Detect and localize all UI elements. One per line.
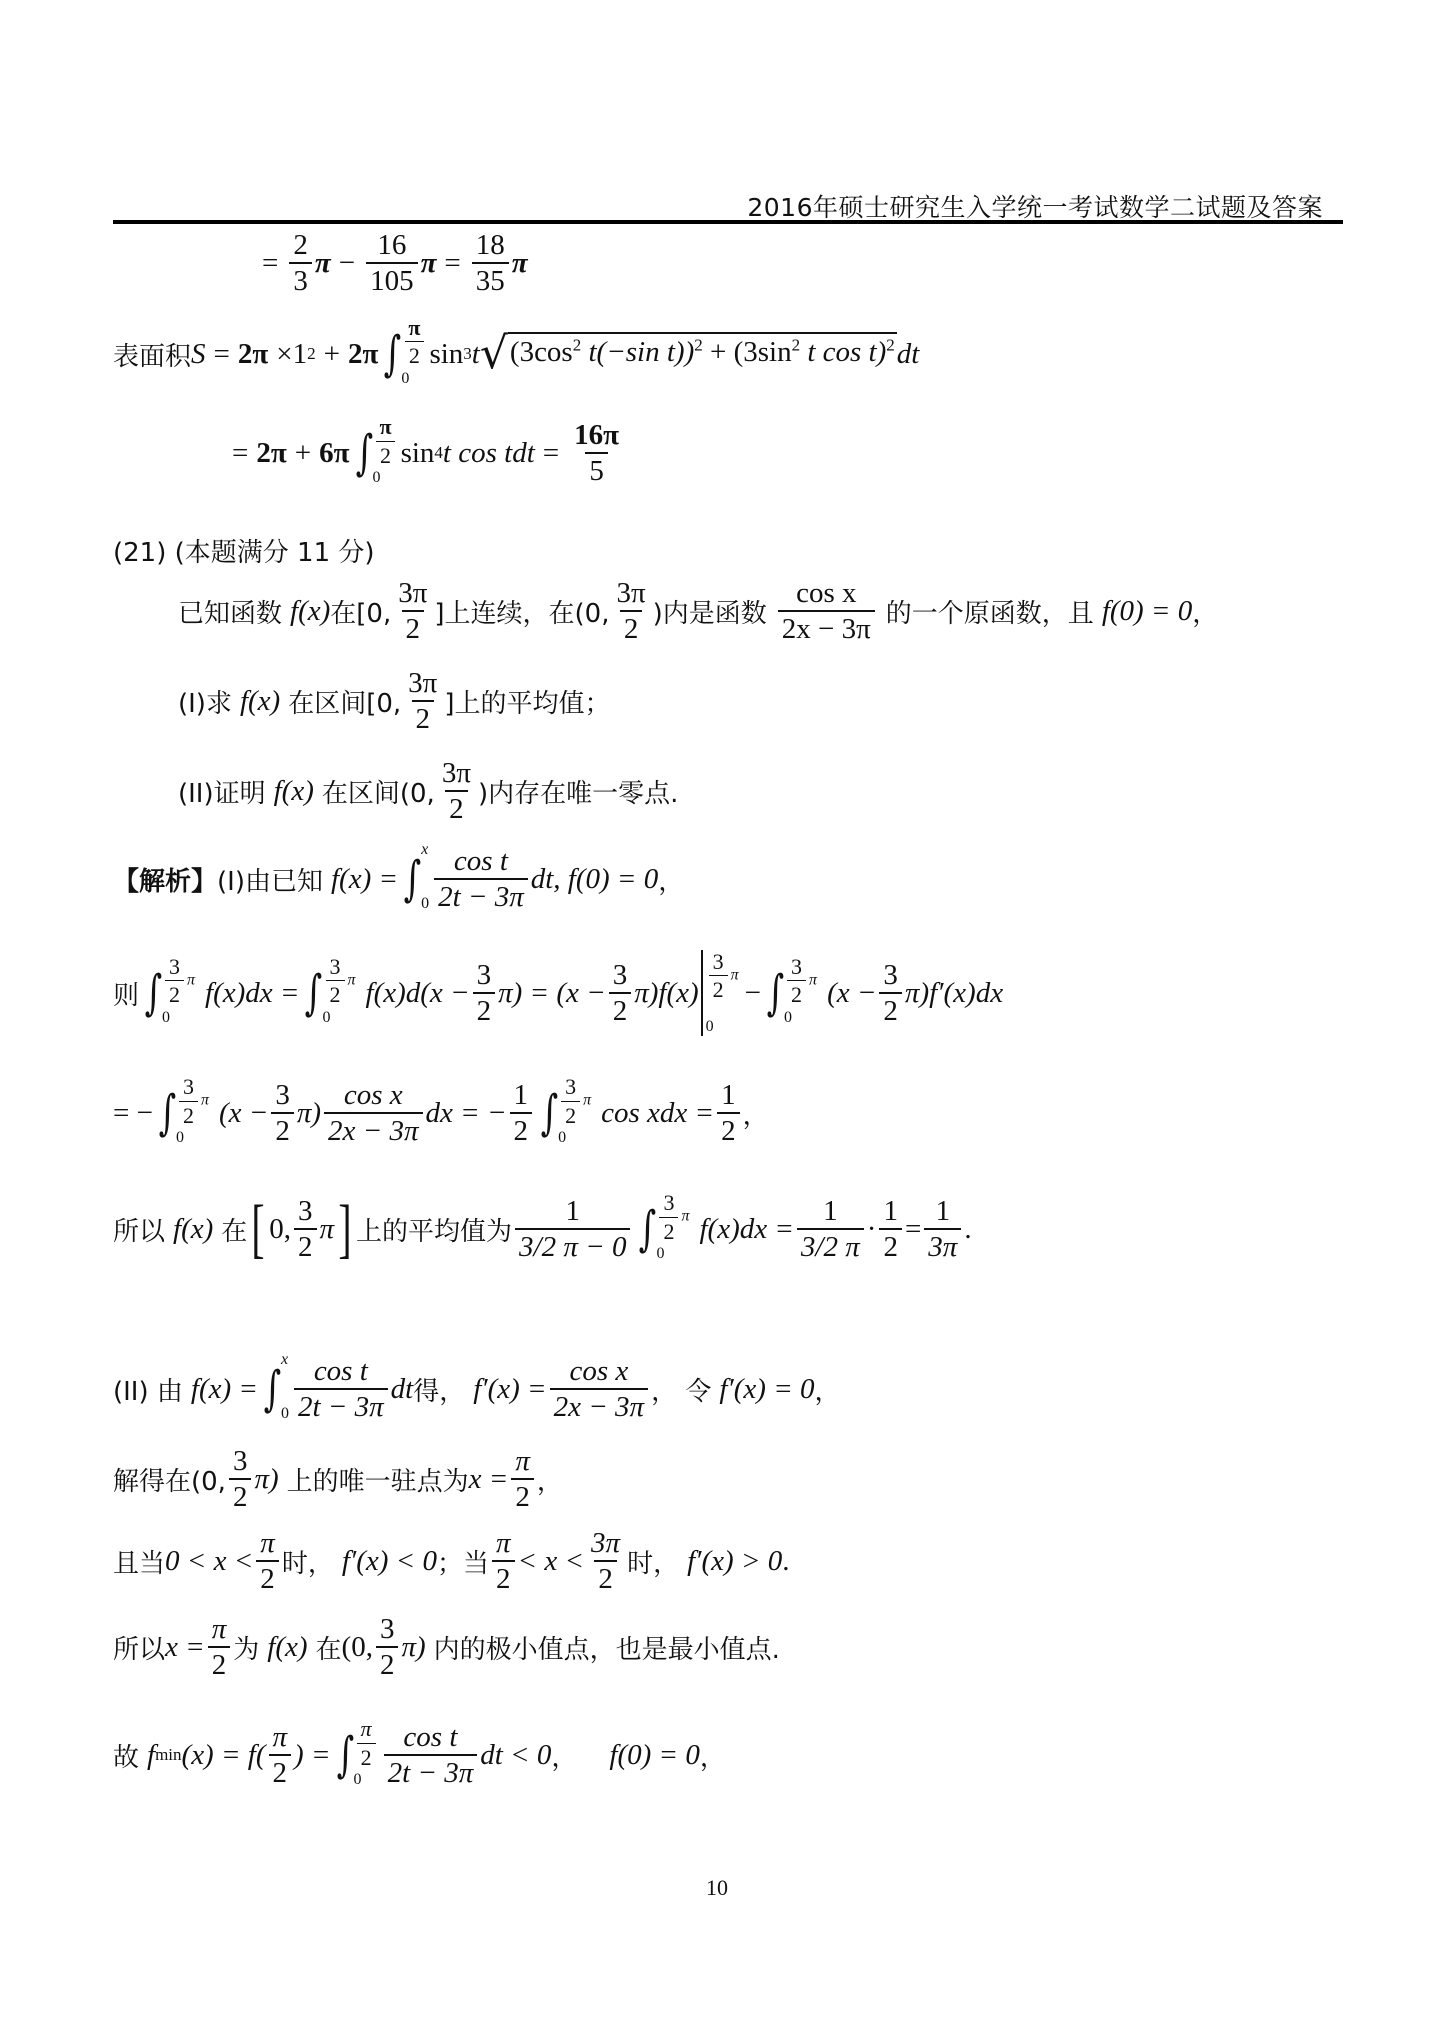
text: f(x) =	[331, 863, 398, 896]
text: dt < 0	[480, 1739, 551, 1772]
text: π)f(x)	[634, 977, 698, 1010]
denominator: 2	[492, 1560, 515, 1594]
text: .	[964, 1213, 971, 1246]
denominator: 2	[659, 1217, 678, 1243]
numerator: 1	[932, 1196, 955, 1228]
numerator: π	[208, 1614, 231, 1646]
text: =	[232, 437, 248, 470]
denominator: 2	[412, 700, 435, 734]
denominator: 2	[787, 980, 806, 1006]
lower-limit: 0	[162, 1009, 195, 1027]
text: (0,	[342, 1631, 373, 1664]
text: 在[0,	[330, 593, 391, 630]
text: dt	[897, 338, 920, 371]
denominator: 2	[717, 1112, 740, 1146]
denominator: 2	[402, 610, 425, 644]
denominator: 2	[879, 1228, 902, 1262]
text: + (3sin	[703, 336, 792, 368]
surface-area-label: 表面积	[113, 336, 191, 373]
text: = −	[113, 1097, 153, 1130]
text: f(x)	[274, 775, 314, 808]
solution-line-7: 且当 0 < x < π2 时， f′(x) < 0 ；当 π2 < x < 3…	[113, 1528, 790, 1595]
integral-sign: ∫π20	[333, 1723, 379, 1787]
integral-sign: ∫32π0	[155, 1081, 209, 1145]
text: ，	[743, 1095, 769, 1132]
solution-line-8: 所以 x = π2 为 f(x) 在 (0, 32 π) 内的极小值点，也是最小…	[113, 1614, 780, 1681]
lower-limit: 0	[421, 895, 429, 913]
text: cos xdx =	[601, 1097, 714, 1130]
text: (x −	[219, 1097, 268, 1130]
lower-limit: 0	[558, 1129, 591, 1147]
numerator: 2	[289, 230, 312, 262]
text: (II) 由	[113, 1371, 183, 1408]
integral-sign: ∫π20	[380, 322, 427, 386]
question-21-title: (21) (本题满分 11 分)	[113, 532, 375, 569]
integral-sign: ∫π20	[352, 421, 399, 485]
text: =	[214, 338, 230, 371]
numerator: π	[256, 1528, 279, 1560]
denominator: 2	[561, 1101, 580, 1127]
text: −	[339, 247, 355, 280]
text: (II)证明	[178, 773, 266, 810]
denominator: 2x − 3π	[324, 1112, 422, 1146]
text: π	[681, 1208, 689, 1225]
denominator: 2	[179, 1101, 198, 1127]
denominator: 2	[405, 341, 424, 367]
question-21-part-1: (I)求 f(x) 在区间[0, 3π2 ]上的平均值；	[178, 668, 610, 735]
text: 在区间[0,	[288, 683, 401, 720]
text: f(0) = 0	[609, 1739, 699, 1772]
numerator: π	[357, 1717, 376, 1742]
text: 时，	[282, 1543, 334, 1580]
denominator: 2	[294, 1228, 317, 1262]
text: π)f′(x)dx	[905, 977, 1003, 1010]
text: =	[905, 1213, 921, 1246]
text: dt, f(0) = 0	[531, 863, 659, 896]
right-bracket: ]	[338, 1196, 351, 1262]
upper-limit: x	[281, 1351, 289, 1369]
numerator: π	[511, 1446, 534, 1478]
numerator: 3	[179, 1075, 198, 1100]
numerator: cos t	[310, 1356, 372, 1388]
numerator: 1	[879, 1196, 902, 1228]
solution-line-9: 故 fmin (x) = f( π2 ) = ∫π20 cos t2t − 3π…	[113, 1722, 726, 1789]
numerator: 1	[819, 1196, 842, 1228]
integral-sign: ∫32π0	[141, 961, 195, 1025]
denominator: 2	[709, 975, 728, 1001]
evaluation-bar: 32π0	[701, 950, 739, 1036]
denominator: 2x − 3π	[550, 1388, 648, 1422]
text: =	[444, 247, 460, 280]
numerator: 3	[787, 955, 806, 980]
denominator: 2	[594, 1560, 617, 1594]
solution-line-6: 解得在(0, 32 π) 上的唯一驻点为 x = π2 ，	[113, 1446, 563, 1513]
text: x =	[469, 1463, 509, 1496]
text: 内的极小值点，也是最小值点.	[434, 1629, 780, 1666]
text: sin	[401, 437, 435, 470]
integral-sign: ∫32π0	[301, 961, 355, 1025]
text: 的一个原函数，且	[886, 593, 1094, 630]
text: < x <	[518, 1545, 585, 1578]
text: π	[348, 971, 356, 988]
denominator: 2	[620, 610, 643, 644]
text: π)	[401, 1631, 425, 1664]
text: f(x)	[290, 595, 330, 628]
solution-label: 【解析】	[113, 861, 217, 898]
text: f(x) =	[191, 1373, 258, 1406]
denominator: 2	[376, 1646, 399, 1680]
text: (3cos	[510, 336, 573, 368]
text: π	[320, 1213, 335, 1246]
text: 在	[316, 1629, 342, 1666]
denominator: 2	[165, 980, 184, 1006]
text: ，	[700, 1737, 726, 1774]
text: dx = −	[426, 1097, 507, 1130]
denominator: 2	[510, 1112, 533, 1146]
text: π	[809, 971, 817, 988]
equation-surface-area: 表面积 S = 2π ×12 + 2π ∫π20 sin3t √ (3cos2 …	[113, 322, 919, 386]
denominator: 2	[879, 992, 902, 1026]
text: π	[583, 1092, 591, 1109]
text: )内存在唯一零点.	[478, 773, 678, 810]
text: t cos t)	[800, 336, 886, 368]
denominator: 2	[271, 1112, 294, 1146]
denominator: 35	[472, 262, 509, 296]
numerator: π	[492, 1528, 515, 1560]
numerator: 3	[326, 955, 345, 980]
text: =	[543, 437, 559, 470]
numerator: 3π	[587, 1528, 624, 1560]
numerator: 18	[472, 230, 509, 262]
denominator: 2	[208, 1646, 231, 1680]
text: t(−sin t))	[581, 336, 694, 368]
text: π)	[254, 1463, 278, 1496]
text: =	[262, 247, 278, 280]
numerator: 3	[165, 955, 184, 980]
left-bracket: [	[252, 1196, 265, 1262]
denominator: 2	[229, 1478, 252, 1512]
lower-limit: 0	[373, 469, 399, 487]
solution-line-5: (II) 由 f(x) = ∫x0 cos t2t − 3π dt 得， f′(…	[113, 1356, 841, 1423]
text: f(x)dx =	[699, 1213, 793, 1246]
pi-symbol: π	[421, 247, 437, 280]
text: sin	[429, 338, 463, 371]
numerator: 3	[294, 1196, 317, 1228]
text: ]上的平均值；	[444, 683, 610, 720]
text: 所以	[113, 1211, 165, 1248]
text: 所以	[113, 1629, 165, 1666]
numerator: 3	[659, 1191, 678, 1216]
text: 已知函数	[178, 593, 282, 630]
text: f′(x) > 0	[687, 1545, 782, 1578]
integral-sign: ∫32π0	[537, 1081, 591, 1145]
text: ，	[551, 1737, 577, 1774]
numerator: π	[376, 415, 396, 440]
text: ×1	[276, 338, 307, 371]
text: 时，	[627, 1543, 679, 1580]
denominator: 3/2 π − 0	[515, 1228, 630, 1262]
text: 且当	[113, 1543, 165, 1580]
exponent: 2	[694, 335, 703, 354]
numerator: 3	[229, 1446, 252, 1478]
text: 上的唯一驻点为	[287, 1461, 469, 1498]
text: 故	[113, 1737, 139, 1774]
solution-line-1: 【解析】 (I)由已知 f(x) = ∫x0 cos t2t − 3π dt, …	[113, 846, 684, 913]
denominator: 2	[609, 992, 632, 1026]
question-21-statement: 已知函数 f(x) 在[0, 3π2 ]上连续，在(0, 3π2 )内是函数 c…	[178, 578, 1218, 645]
text: 2π	[238, 338, 268, 371]
text: π) = (x −	[498, 977, 606, 1010]
numerator: 3π	[404, 668, 441, 700]
text: ) =	[294, 1739, 330, 1772]
question-heading: (21) (本题满分 11 分)	[113, 532, 375, 569]
text: 解得在(0,	[113, 1461, 226, 1498]
text: ， 令	[651, 1371, 711, 1408]
text: 上的平均值为	[356, 1211, 512, 1248]
text: f(0) = 0	[1102, 595, 1192, 628]
lower-limit: 0	[401, 370, 427, 388]
text: f′(x) < 0	[342, 1545, 437, 1578]
denominator: 2	[445, 790, 468, 824]
lower-limit: 0	[706, 1018, 739, 1036]
text: ，	[658, 861, 684, 898]
denominator: 2	[376, 441, 395, 467]
equation-volume-result: = 23 π − 16105 π = 1835 π	[262, 230, 528, 297]
denominator: 3π	[924, 1228, 961, 1262]
square-root: √ (3cos2 t(−sin t))2 + (3sin2 t cos t)2	[480, 332, 897, 376]
numerator: 3	[376, 1614, 399, 1646]
denominator: 2	[269, 1754, 292, 1788]
denominator: 2t − 3π	[434, 878, 528, 912]
numerator: cos t	[450, 846, 512, 878]
denominator: 105	[366, 262, 418, 296]
solution-line-3: = − ∫32π0 (x − 32 π) cos x2x − 3π dx = −…	[113, 1080, 769, 1147]
numerator: 1	[510, 1080, 533, 1112]
denominator: 2t − 3π	[384, 1754, 478, 1788]
denominator: 2	[256, 1560, 279, 1594]
denominator: 5	[585, 452, 608, 486]
denominator: 3	[289, 262, 312, 296]
numerator: 3	[561, 1075, 580, 1100]
numerator: 3	[271, 1080, 294, 1112]
exponent: 2	[573, 335, 582, 354]
text: −	[745, 977, 761, 1010]
text: f	[147, 1739, 155, 1772]
numerator: 3π	[438, 758, 475, 790]
denominator: 2	[357, 1743, 376, 1769]
text: )内是函数	[653, 593, 767, 630]
text: ，	[815, 1371, 841, 1408]
exponent: 2	[886, 335, 895, 354]
text: (x −	[827, 977, 876, 1010]
lower-limit: 0	[784, 1009, 817, 1027]
text: f(x)	[240, 685, 280, 718]
text: 0,	[269, 1213, 291, 1246]
pi-symbol: π	[315, 247, 331, 280]
equation-surface-area-result: = 2π + 6π ∫π20 sin4 t cos tdt = 16π5	[232, 420, 626, 487]
text: +	[295, 437, 311, 470]
integral-sign: ∫32π0	[635, 1197, 689, 1261]
numerator: π	[269, 1722, 292, 1754]
integral-sign: ∫32π0	[763, 961, 817, 1025]
page-number: 10	[0, 1875, 1434, 1901]
text: 则	[113, 975, 139, 1012]
denominator: 2	[511, 1478, 534, 1512]
numerator: 16	[373, 230, 410, 262]
solution-line-4: 所以 f(x) 在 [ 0, 32 π ] 上的平均值为 13/2 π − 0 …	[113, 1196, 972, 1263]
text: ·	[867, 1213, 877, 1246]
page-header: 2016年硕士研究生入学统一考试数学二试题及答案	[113, 188, 1343, 224]
denominator: 2t − 3π	[294, 1388, 388, 1422]
text: ，	[537, 1461, 563, 1498]
text: f(x)	[267, 1631, 307, 1664]
text: π	[201, 1092, 209, 1109]
integral-sign: ∫x0	[260, 1357, 289, 1421]
numerator: 3π	[612, 578, 649, 610]
denominator: 3/2 π	[797, 1228, 864, 1262]
text: π	[187, 971, 195, 988]
text: t	[472, 338, 480, 371]
text: f(x)dx =	[205, 977, 299, 1010]
integral-sign: ∫x0	[400, 847, 429, 911]
numerator: 3	[709, 950, 728, 975]
lower-limit: 0	[323, 1009, 356, 1027]
numerator: 3	[609, 960, 632, 992]
text: 6π	[319, 437, 349, 470]
text: 在区间(0,	[322, 773, 435, 810]
text: .	[782, 1545, 789, 1578]
text: (I)求	[178, 683, 232, 720]
pi-symbol: π	[512, 247, 528, 280]
numerator: 3π	[394, 578, 431, 610]
numerator: cos x	[792, 578, 860, 610]
text: (x) = f(	[182, 1739, 266, 1772]
text: 为	[233, 1629, 259, 1666]
solution-line-2: 则 ∫32π0 f(x)dx = ∫32π0 f(x)d(x − 32 π) =…	[113, 950, 1003, 1036]
denominator: 2	[473, 992, 496, 1026]
text: +	[324, 338, 340, 371]
text: π	[731, 966, 739, 983]
text: ；当	[437, 1543, 489, 1580]
text: 2π	[256, 437, 286, 470]
numerator: cos x	[340, 1080, 407, 1112]
text: f′(x) = 0	[719, 1373, 814, 1406]
text: dt	[391, 1373, 414, 1406]
numerator: cos t	[399, 1722, 461, 1754]
text: t cos tdt	[443, 437, 535, 470]
lower-limit: 0	[176, 1129, 209, 1147]
text: f(x)d(x −	[366, 977, 470, 1010]
header-rule	[113, 220, 1343, 224]
text: x =	[165, 1631, 205, 1664]
numerator: 3	[473, 960, 496, 992]
text: π)	[297, 1097, 321, 1130]
text: 0 < x <	[165, 1545, 253, 1578]
lower-limit: 0	[354, 1771, 379, 1789]
text: 在	[221, 1211, 247, 1248]
numerator: 1	[562, 1196, 585, 1228]
text: f′(x) =	[473, 1373, 546, 1406]
numerator: 16π	[570, 420, 623, 452]
question-21-part-2: (II)证明 f(x) 在区间(0, 3π2 )内存在唯一零点.	[178, 758, 678, 825]
text: 2π	[348, 338, 378, 371]
text: ，	[1192, 593, 1218, 630]
text: S	[191, 338, 206, 371]
denominator: 2	[326, 980, 345, 1006]
lower-limit: 0	[656, 1245, 689, 1263]
text: f(x)	[173, 1213, 213, 1246]
numerator: 3	[879, 960, 902, 992]
numerator: 1	[717, 1080, 740, 1112]
text: 得，	[413, 1371, 465, 1408]
document-title: 2016年硕士研究生入学统一考试数学二试题及答案	[747, 188, 1323, 224]
text: ]上连续，在(0,	[434, 593, 609, 630]
numerator: π	[404, 316, 424, 341]
denominator: 2x − 3π	[778, 610, 875, 644]
numerator: cos x	[565, 1356, 632, 1388]
lower-limit: 0	[281, 1405, 289, 1423]
upper-limit: x	[421, 841, 429, 859]
text: (I)由已知	[217, 861, 323, 898]
exponent: 2	[792, 335, 801, 354]
